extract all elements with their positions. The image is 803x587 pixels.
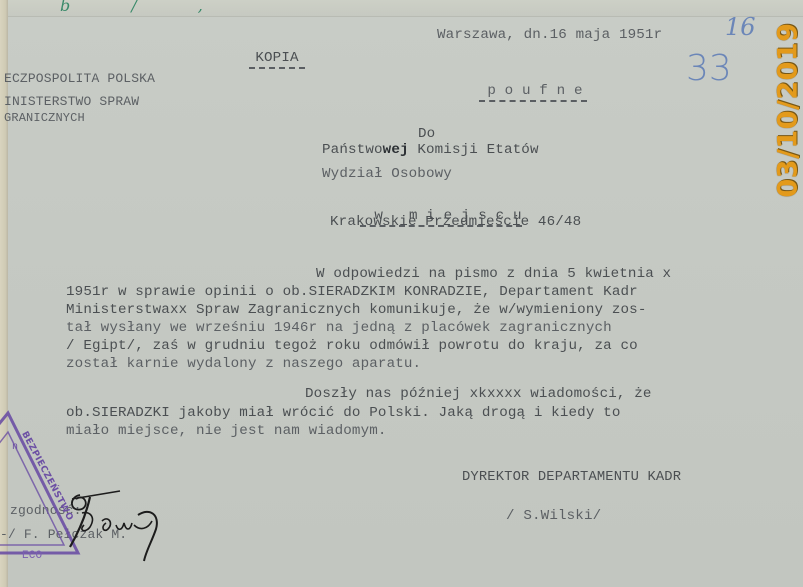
stamp-fragment-1: n (12, 440, 18, 456)
recipient-overstrike: wej (383, 142, 409, 158)
signatory-title: DYREKTOR DEPARTAMENTU KADR (462, 470, 681, 486)
photo-date-text: 03/10/2019 (773, 22, 803, 197)
body-p1-line-1: W odpowiedzi na pismo z dnia 5 kwietnia … (316, 266, 671, 282)
body-p1-line-3: Ministerstwaxx Spraw Zagranicznych komun… (66, 302, 646, 318)
stamp-fragment-2: ECO (22, 548, 42, 564)
body-p2-line-1: Doszły nas później xkxxxx wiadomości, że (305, 386, 652, 402)
body-p1-line-4: tał wysłany we wrześniu 1946r na jedną z… (66, 320, 612, 336)
recipient-to: Do (418, 126, 435, 142)
sender-line-1: ECZPOSPOLITA POLSKA (4, 71, 155, 87)
signatory-name: / S.Wilski/ (506, 508, 601, 524)
body-p2-line-2: ob.SIERADZKI jakoby miał wrócić do Polsk… (66, 405, 621, 421)
recipient-line-1-a: Państwo (322, 142, 383, 158)
recipient-address: Krakowskie Przedmieście 46/48 (330, 214, 581, 230)
recipient-line-2: Wydział Osobowy (322, 166, 452, 182)
place-date: Warszawa, dn.16 maja 1951r (437, 27, 662, 43)
body-p1-line-5: / Egipt/, zaś w grudniu tegoż roku odmów… (66, 338, 638, 354)
recipient-line-1-b: Komisji Etatów (409, 142, 539, 158)
sender-line-2: INISTERSTWO SPRAW (4, 94, 139, 110)
body-p2-line-1-a: Doszły nas później (305, 386, 470, 402)
body-p2-line-1-b: wiadomości, że (522, 386, 652, 402)
classification: p o u f n e (462, 67, 587, 99)
handwritten-signature-icon (60, 485, 190, 565)
recipient-line-1: Państwowej Komisji Etatów (322, 142, 539, 158)
body-p1-line-6: został karnie wydalony z naszego aparatu… (66, 356, 421, 372)
body-p2-line-3: miało miejsce, nie jest nam wiadomym. (66, 423, 387, 439)
classification-text: p o u f n e (479, 83, 586, 102)
green-ink-marks: b / , (60, 0, 231, 15)
copy-mark: KOPIA (232, 34, 305, 66)
sender-line-3: GRANICZNYCH (4, 110, 85, 126)
copy-mark-text: KOPIA (249, 50, 304, 69)
handwritten-page-number: 16 (725, 13, 756, 41)
underlying-sheet-edge: b / , (0, 0, 803, 17)
body-p2-strikeout: xkxxxx (470, 386, 522, 402)
body-p1-line-2: 1951r w sprawie opinii o ob.SIERADZKIM K… (66, 284, 638, 300)
photo-date-stamp: 03/10/2019 (772, 30, 803, 190)
handwritten-reference-number: 33 (686, 48, 732, 89)
